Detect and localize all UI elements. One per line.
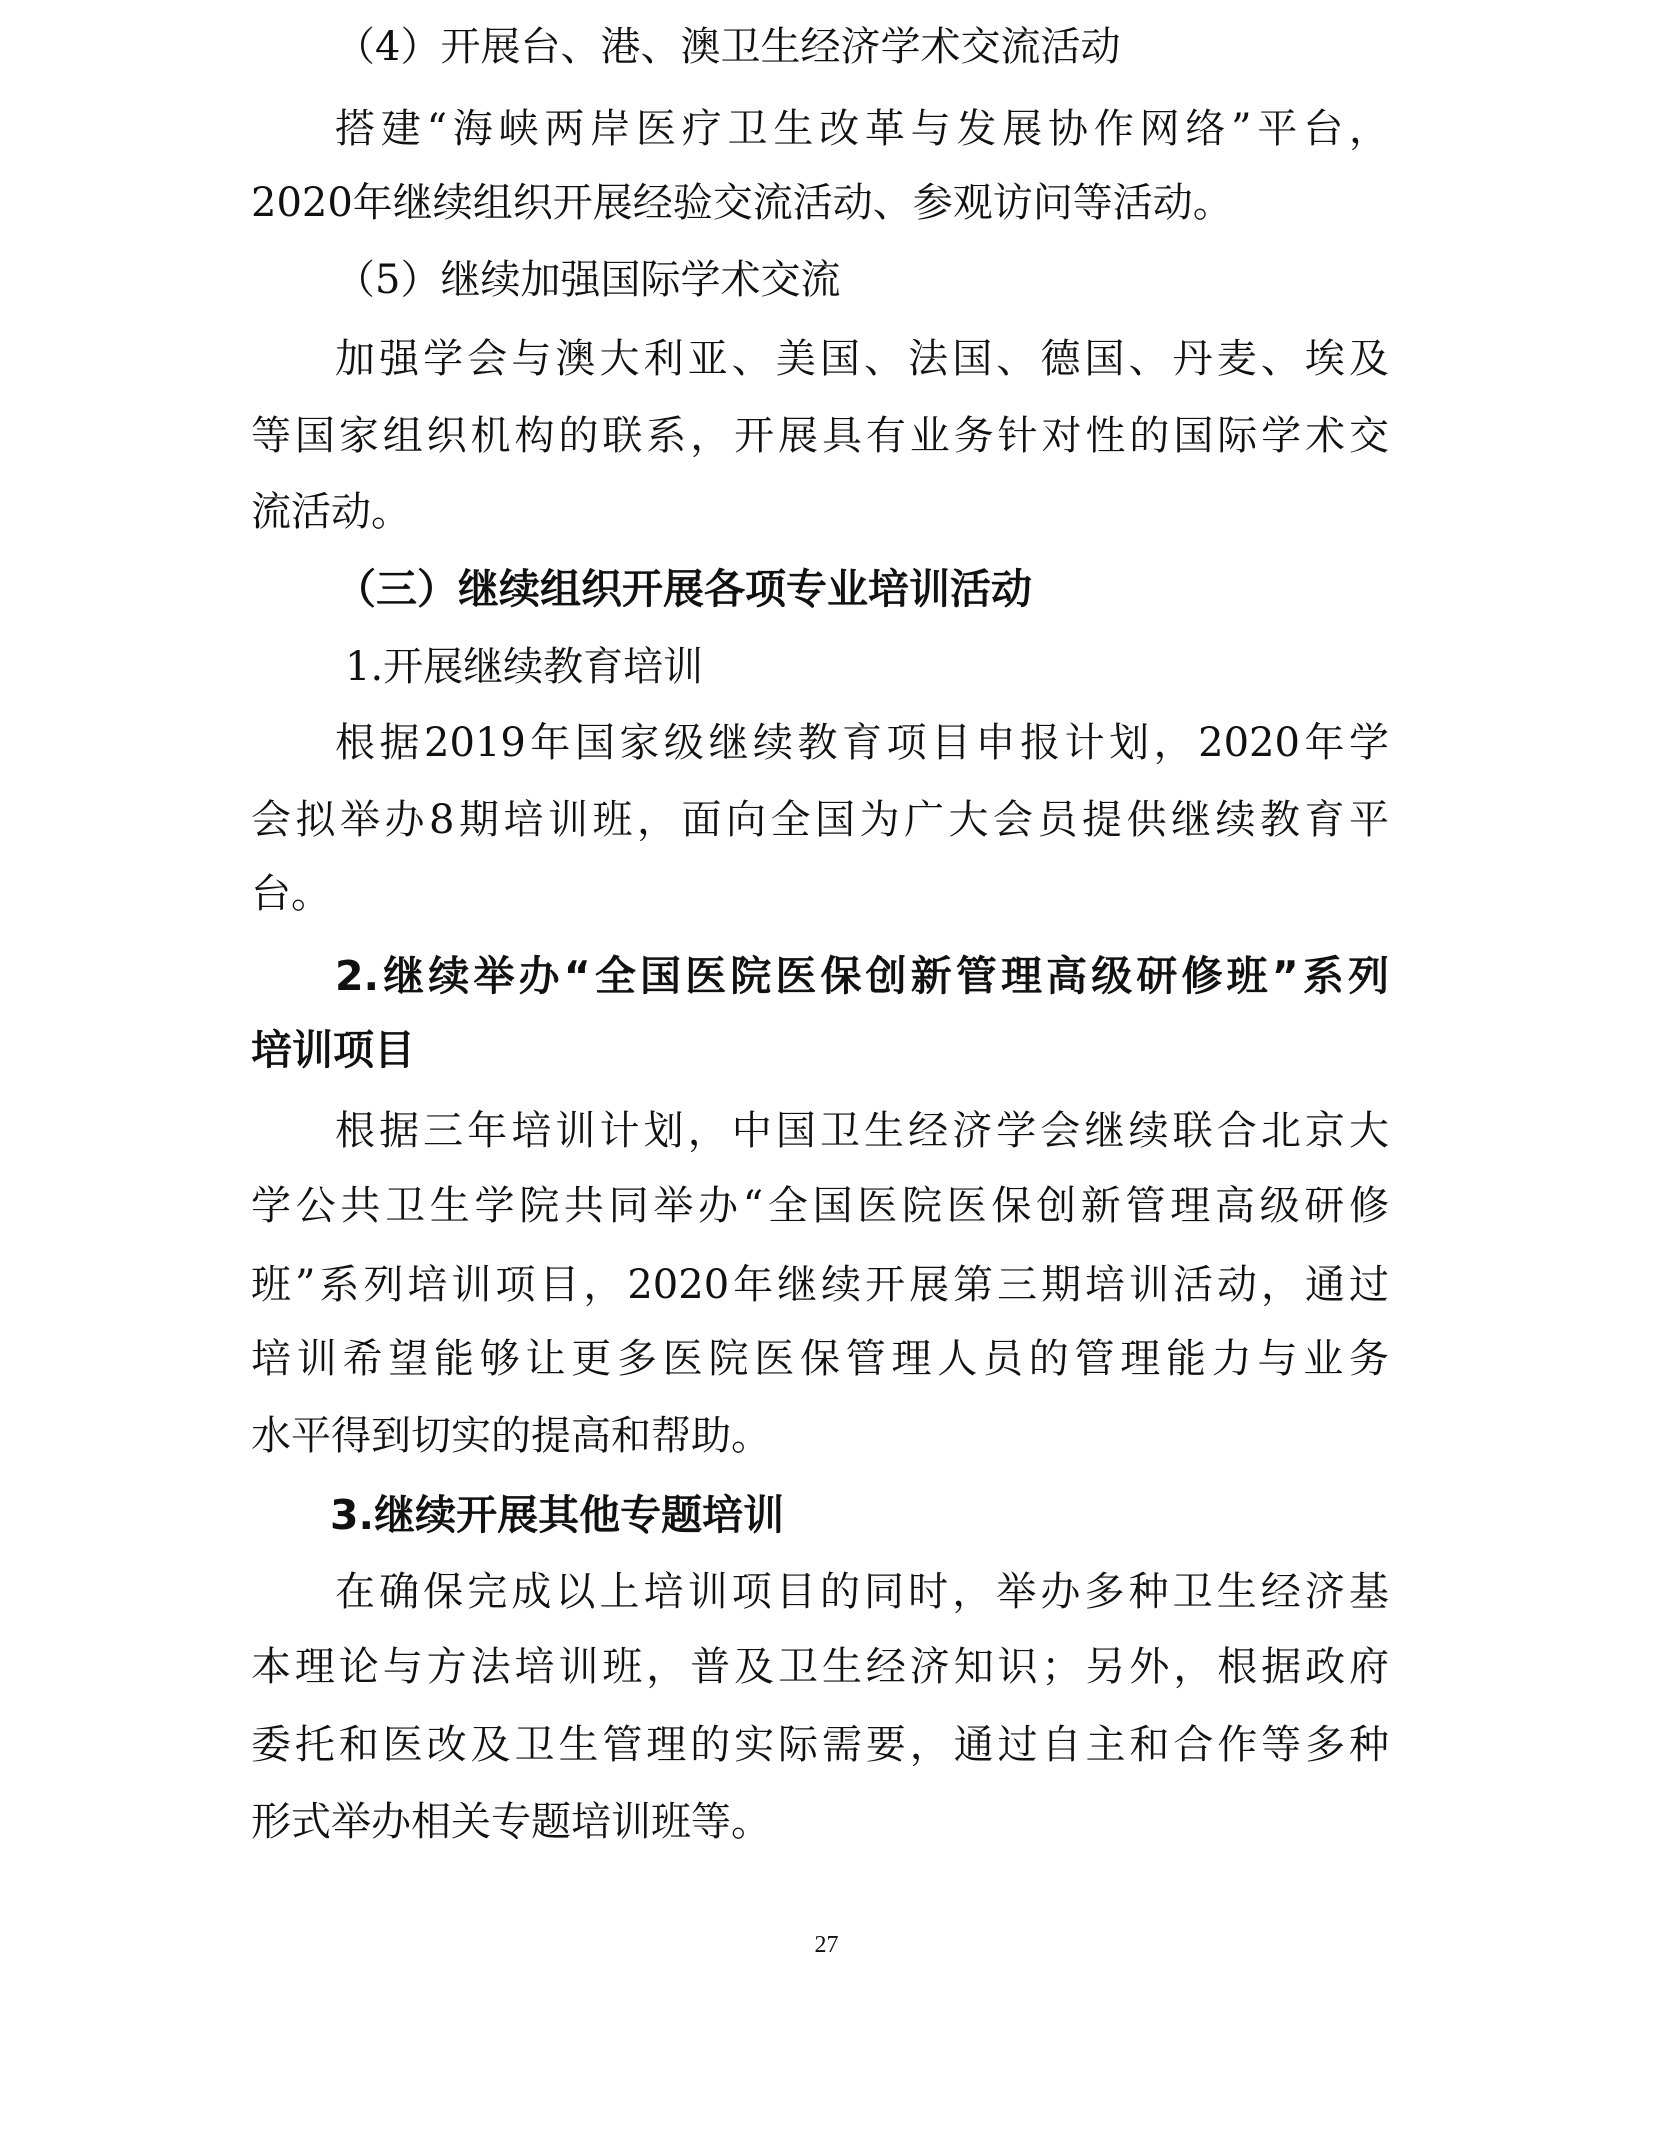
paragraph-line: 会拟举办8期培训班，面向全国为广大会员提供继续教育平 [251, 790, 1389, 850]
paragraph-line: 搭建“海峡两岸医疗卫生改革与发展协作网络”平台， [335, 99, 1389, 159]
paragraph-line: 等国家组织机构的联系，开展具有业务针对性的国际学术交 [251, 406, 1389, 466]
subitem-4-title: （4）开展台、港、澳卫生经济学术交流活动 [335, 17, 1389, 77]
paragraph-line: 在确保完成以上培训项目的同时，举办多种卫生经济基 [335, 1562, 1389, 1622]
paragraph-line: 根据三年培训计划，中国卫生经济学会继续联合北京大 [335, 1101, 1389, 1161]
paragraph-line: 班”系列培训项目，2020年继续开展第三期培训活动，通过 [251, 1255, 1389, 1315]
paragraph-line: 加强学会与澳大利亚、美国、法国、德国、丹麦、埃及 [335, 329, 1389, 389]
paragraph-line: 水平得到切实的提高和帮助。 [251, 1406, 1389, 1466]
paragraph-line: 根据2019年国家级继续教育项目申报计划，2020年学 [335, 713, 1389, 773]
subheading-1: 1.开展继续教育培训 [345, 637, 1483, 697]
paragraph-line: 培训希望能够让更多医院医保管理人员的管理能力与业务 [251, 1329, 1389, 1389]
paragraph-line: 形式举办相关专题培训班等。 [251, 1792, 1389, 1852]
paragraph-line: 学公共卫生学院共同举办“全国医院医保创新管理高级研修 [251, 1176, 1389, 1236]
page-number: 27 [0, 1932, 1653, 1959]
section-heading: （三）继续组织开展各项专业培训活动 [335, 559, 1389, 619]
paragraph-line: 流活动。 [251, 482, 1389, 542]
subheading-2: 2.继续举办“全国医院医保创新管理高级研修班”系列 [335, 946, 1389, 1006]
subitem-5-title: （5）继续加强国际学术交流 [335, 250, 1389, 310]
paragraph-line: 台。 [251, 864, 1389, 924]
subheading-2-cont: 培训项目 [251, 1020, 1389, 1080]
subheading-3: 3.继续开展其他专题培训 [330, 1485, 1468, 1545]
paragraph-line: 委托和医改及卫生管理的实际需要，通过自主和合作等多种 [251, 1715, 1389, 1775]
paragraph-line: 2020年继续组织开展经验交流活动、参观访问等活动。 [251, 173, 1389, 233]
paragraph-line: 本理论与方法培训班，普及卫生经济知识；另外，根据政府 [251, 1637, 1389, 1697]
